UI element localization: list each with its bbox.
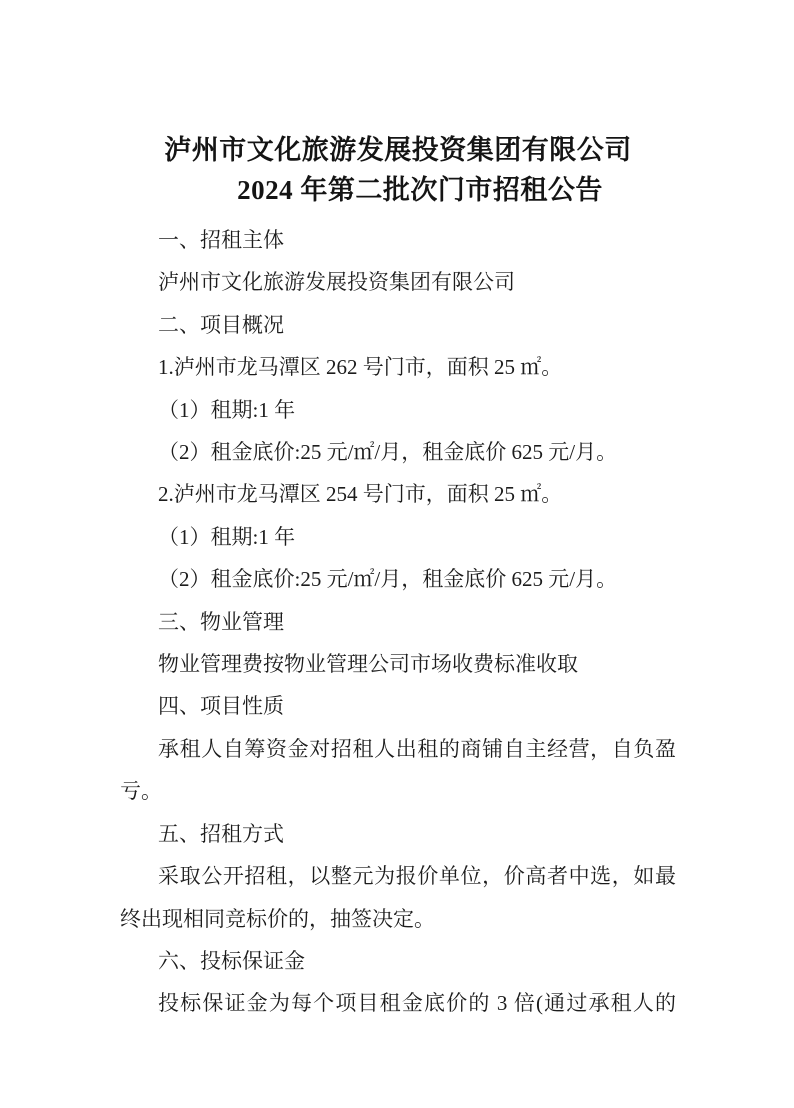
section-heading-1: 一、招租主体 xyxy=(120,219,676,261)
paragraph-line: 1.泸州市龙马潭区 262 号门市，面积 25 ㎡。 xyxy=(120,346,676,388)
paragraph-line: 泸州市文化旅游发展投资集团有限公司 xyxy=(120,261,676,303)
section-heading-6: 六、投标保证金 xyxy=(120,940,676,982)
paragraph-line: （2）租金底价:25 元/㎡/月，租金底价 625 元/月。 xyxy=(120,558,676,600)
paragraph-continuation-line: 终出现相同竞标价的，抽签决定。 xyxy=(120,898,676,940)
paragraph-line: 2.泸州市龙马潭区 254 号门市，面积 25 ㎡。 xyxy=(120,473,676,515)
document-title: 泸州市文化旅游发展投资集团有限公司 2024 年第二批次门市招租公告 xyxy=(120,130,676,210)
document-body: 一、招租主体 泸州市文化旅游发展投资集团有限公司 二、项目概况 1.泸州市龙马潭… xyxy=(120,219,676,1025)
document-content: 泸州市文化旅游发展投资集团有限公司 2024 年第二批次门市招租公告 一、招租主… xyxy=(120,130,676,1025)
section-heading-5: 五、招租方式 xyxy=(120,813,676,855)
paragraph-line: 采取公开招租，以整元为报价单位，价高者中选，如最 xyxy=(120,855,676,897)
section-heading-3: 三、物业管理 xyxy=(120,601,676,643)
section-heading-4: 四、项目性质 xyxy=(120,685,676,727)
title-line-announcement: 2024 年第二批次门市招租公告 xyxy=(142,170,698,210)
paragraph-line: （2）租金底价:25 元/㎡/月，租金底价 625 元/月。 xyxy=(120,431,676,473)
paragraph-line: 承租人自筹资金对招租人出租的商铺自主经营，自负盈 xyxy=(120,728,676,770)
paragraph-line: 投标保证金为每个项目租金底价的 3 倍(通过承租人的 xyxy=(120,982,676,1024)
paragraph-continuation-line: 亏。 xyxy=(120,770,676,812)
paragraph-line: （1）租期:1 年 xyxy=(120,516,676,558)
paragraph-line: 物业管理费按物业管理公司市场收费标准收取 xyxy=(120,643,676,685)
paragraph-line: （1）租期:1 年 xyxy=(120,389,676,431)
title-line-company: 泸州市文化旅游发展投资集团有限公司 xyxy=(120,130,676,170)
document-page: 泸州市文化旅游发展投资集团有限公司 2024 年第二批次门市招租公告 一、招租主… xyxy=(0,0,794,1108)
section-heading-2: 二、项目概况 xyxy=(120,304,676,346)
